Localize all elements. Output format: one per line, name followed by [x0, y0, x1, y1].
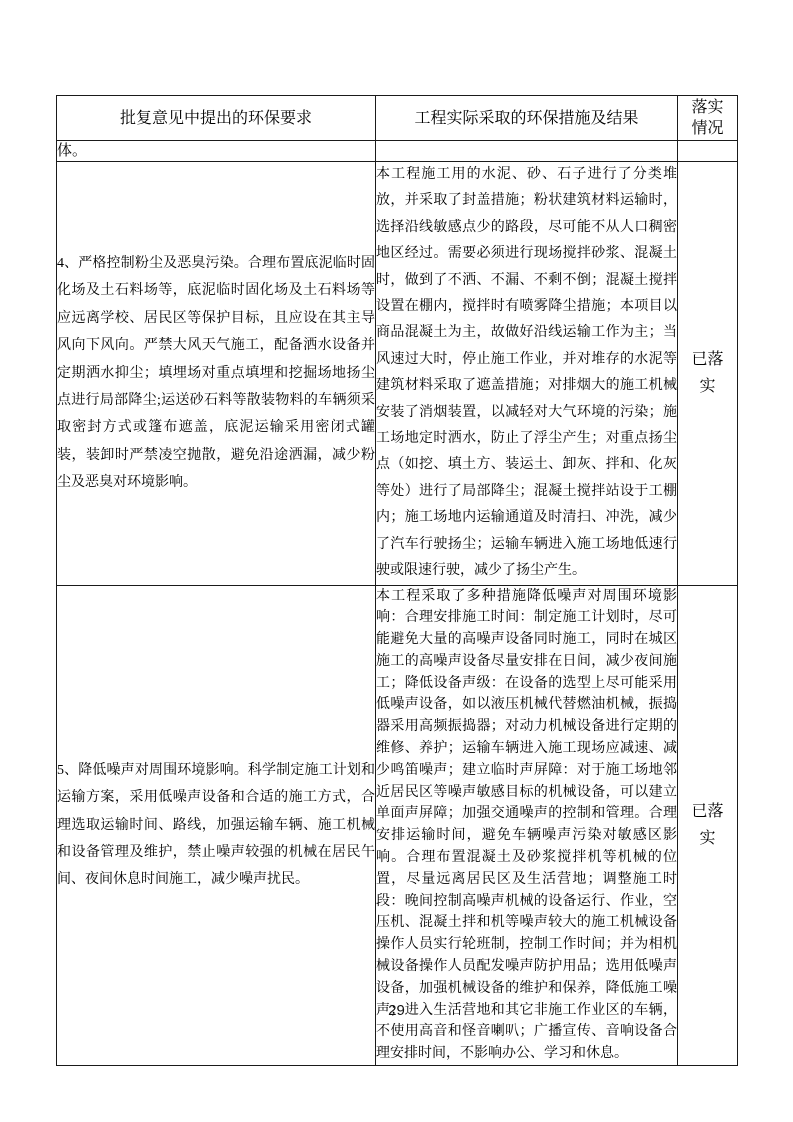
header-measures: 工程实际采取的环保措施及结果 — [376, 96, 678, 141]
status-cell-item-5: 已落实 — [678, 585, 738, 1066]
page-number: 29 — [56, 1002, 737, 1019]
status-badge-item-5: 已落实 — [690, 798, 725, 852]
header-requirement: 批复意见中提出的环保要求 — [57, 96, 376, 141]
header-status-label: 落实情况 — [690, 97, 725, 139]
table-header-row: 批复意见中提出的环保要求 工程实际采取的环保措施及结果 落实情况 — [57, 96, 738, 141]
table-row-continuation: 体。 — [57, 141, 738, 162]
status-empty-cell — [678, 141, 738, 162]
measures-cell-item-5: 本工程采取了多种措施降低噪声对周围环境影响：合理安排施工时间：制定施工计划时，尽… — [376, 585, 678, 1066]
table-row-item-4-dust-control: 4、严格控制粉尘及恶臭污染。合理布置底泥临时固化场及土石料场等，底泥临时固化场及… — [57, 162, 738, 586]
status-cell-item-4: 已落实 — [678, 162, 738, 586]
table-row-item-5-noise-control: 5、降低噪声对周围环境影响。科学制定施工计划和运输方案，采用低噪声设备和合适的施… — [57, 585, 738, 1066]
requirement-cell-item-5: 5、降低噪声对周围环境影响。科学制定施工计划和运输方案，采用低噪声设备和合适的施… — [57, 585, 376, 1066]
requirement-cell-item-4: 4、严格控制粉尘及恶臭污染。合理布置底泥临时固化场及土石料场等，底泥临时固化场及… — [57, 162, 376, 586]
environmental-requirements-table: 批复意见中提出的环保要求 工程实际采取的环保措施及结果 落实情况 体。 4、严格… — [56, 95, 738, 1066]
measures-cell-item-4: 本工程施工用的水泥、砂、石子进行了分类堆放，并采取了封盖措施；粉状建筑材料运输时… — [376, 162, 678, 586]
header-status: 落实情况 — [678, 96, 738, 141]
measures-empty-cell — [376, 141, 678, 162]
status-badge-item-4: 已落实 — [690, 346, 725, 400]
requirement-continuation-cell: 体。 — [57, 141, 376, 162]
document-page: 批复意见中提出的环保要求 工程实际采取的环保措施及结果 落实情况 体。 4、严格… — [0, 0, 793, 1122]
